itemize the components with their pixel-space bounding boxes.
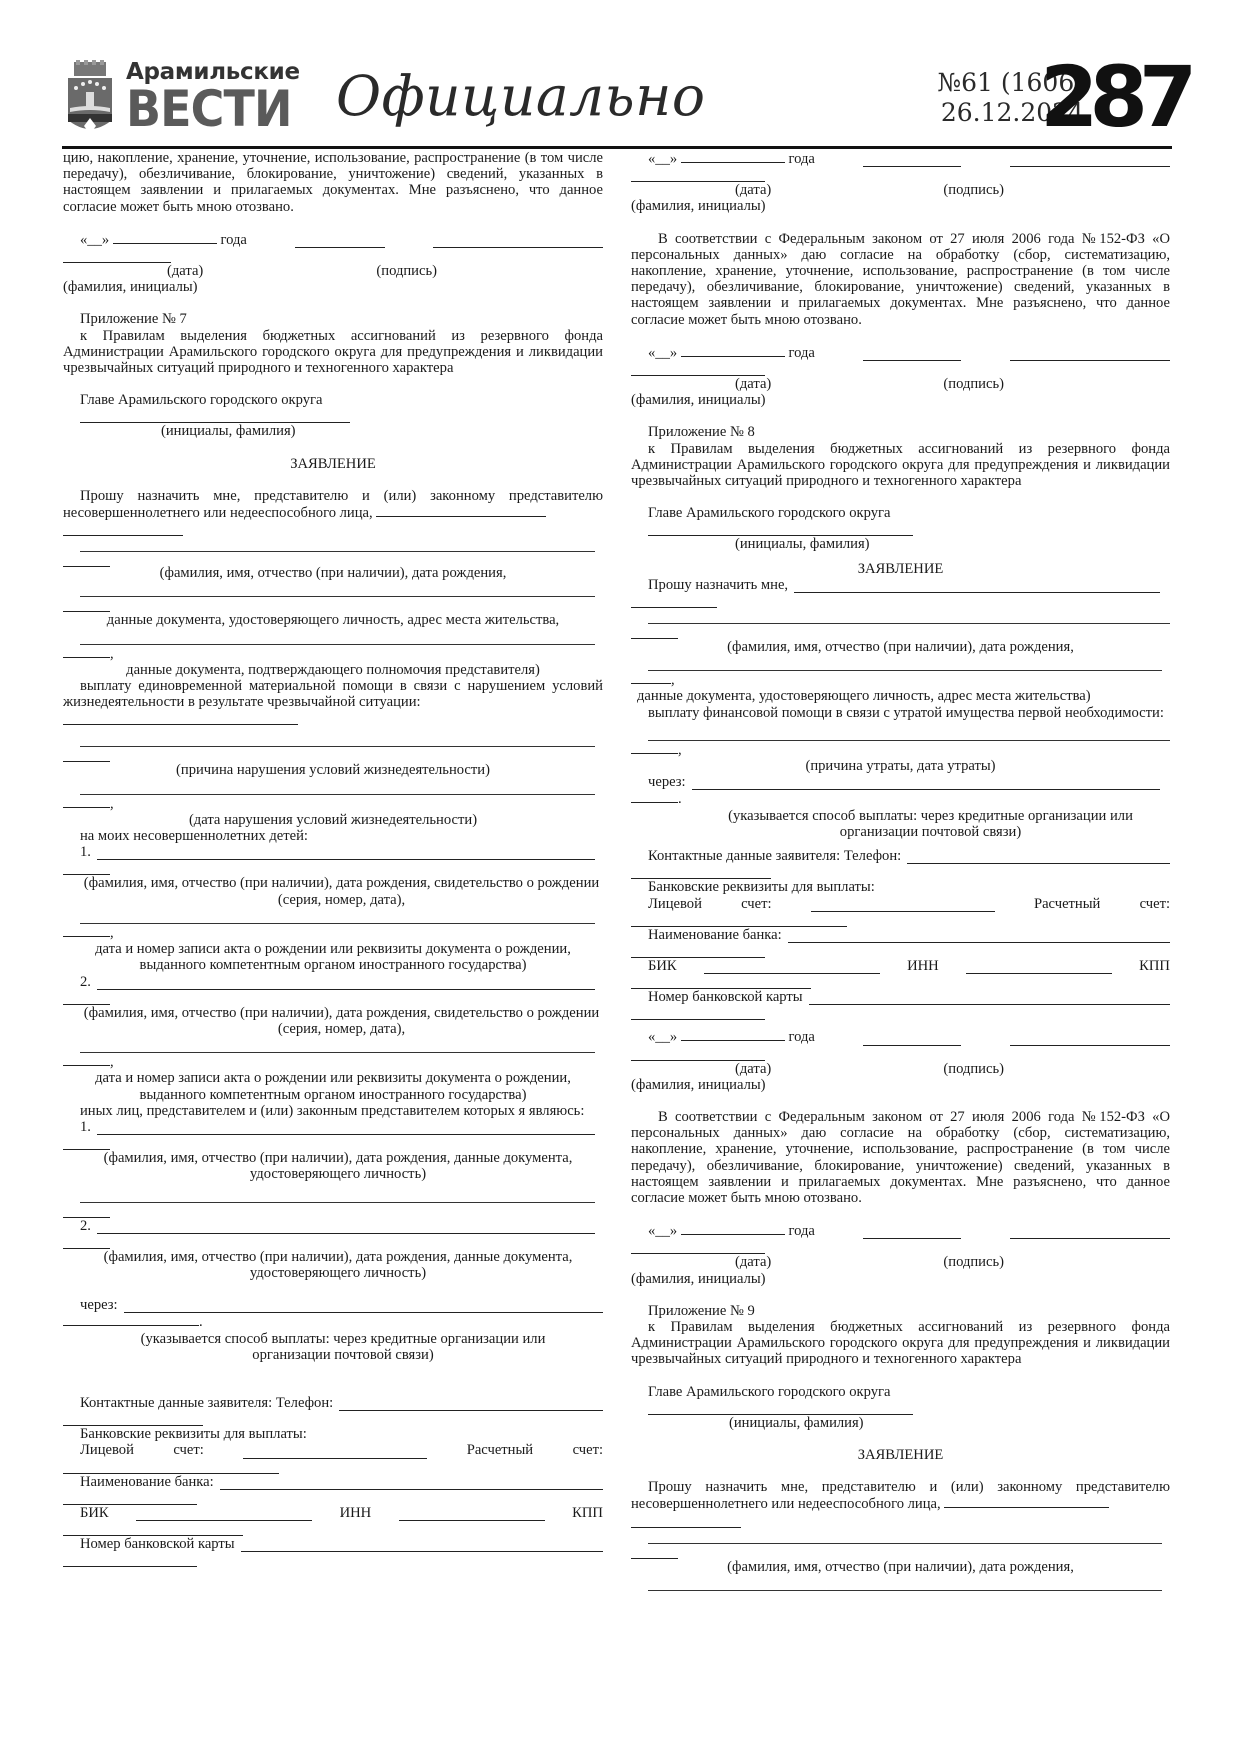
- page-number: 287: [1040, 52, 1170, 142]
- consent-text: В соответствии с Федеральным законом от …: [631, 231, 1170, 328]
- via-label: через:: [80, 1297, 118, 1313]
- initials-label: (инициалы, фамилия): [161, 423, 603, 439]
- request-text: Прошу назначить мне, представителю и (ил…: [63, 488, 603, 521]
- newspaper-logo: Арамильские ВЕСТИ: [126, 60, 306, 134]
- bank-name-field[interactable]: [220, 1477, 603, 1490]
- appendix-8-title: Приложение № 8: [631, 424, 1170, 440]
- signature-label: (подпись): [376, 263, 437, 279]
- masthead: Арамильские ВЕСТИ Официально №61 (1606) …: [62, 56, 1170, 146]
- phone-field[interactable]: [339, 1398, 603, 1411]
- kpp-field[interactable]: [63, 1521, 243, 1536]
- statement-title: ЗАЯВЛЕНИЕ: [63, 456, 603, 472]
- appendix-7-title: Приложение № 7: [63, 311, 603, 327]
- date-label: (дата): [167, 263, 203, 279]
- right-column: «__» года (дата)(подпись) (фамилия, иниц…: [631, 150, 1170, 1591]
- addressee: Главе Арамильского городского округа: [63, 392, 603, 408]
- name-field[interactable]: [433, 235, 603, 248]
- coat-of-arms-icon: [66, 60, 114, 138]
- left-column: цию, накопление, хранение, уточнение, ис…: [63, 150, 603, 1567]
- applicant-line[interactable]: [80, 536, 595, 552]
- section-title: Официально: [336, 64, 705, 128]
- bik-field[interactable]: [136, 1508, 312, 1521]
- signature-field[interactable]: [295, 235, 385, 248]
- header-rule: [62, 146, 1172, 149]
- contact-label: Контактные данные заявителя: Телефон:: [80, 1395, 333, 1411]
- inn-field[interactable]: [399, 1508, 545, 1521]
- signature-row: «__» года: [63, 231, 603, 248]
- appendix-7-rules: к Правилам выделения бюджетных ассигнова…: [63, 328, 603, 377]
- appendix-9-title: Приложение № 9: [631, 1303, 1170, 1319]
- personal-account-field[interactable]: [243, 1446, 427, 1459]
- consent-tail: цию, накопление, хранение, уточнение, ис…: [63, 150, 603, 215]
- name-label: (фамилия, инициалы): [63, 279, 603, 295]
- logo-bottom-text: ВЕСТИ: [126, 84, 292, 134]
- card-number-field[interactable]: [241, 1539, 603, 1552]
- settlement-account-field[interactable]: [63, 1459, 279, 1474]
- day-field[interactable]: «__»: [80, 232, 109, 248]
- payment-method-field[interactable]: [124, 1300, 603, 1313]
- head-name-field[interactable]: [80, 408, 350, 423]
